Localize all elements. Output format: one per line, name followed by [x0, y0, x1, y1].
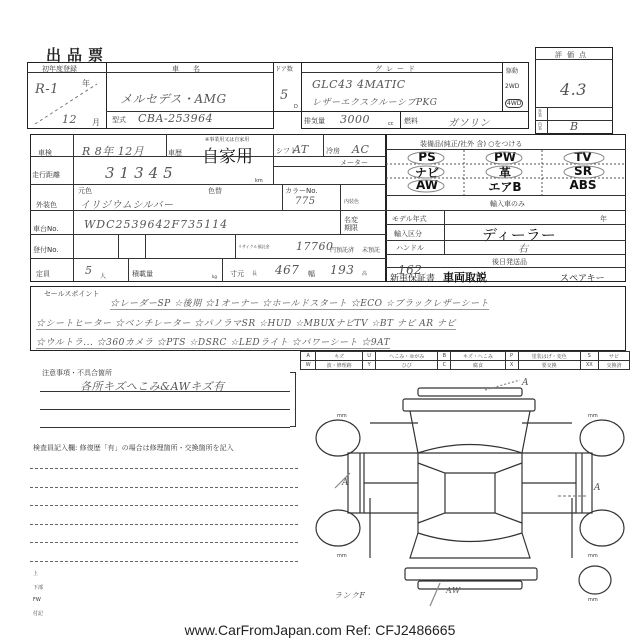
- ac-value: AC: [352, 143, 369, 156]
- exterior-color-label: 外装色: [36, 200, 57, 210]
- drive-2wd: 2WD: [505, 83, 519, 90]
- color-no-value: 775: [295, 196, 316, 207]
- tread-unit: mm: [337, 553, 347, 559]
- ac-label: 冷房: [326, 146, 340, 156]
- doors-label: ドア数: [275, 64, 293, 73]
- capacity-label: 定員: [36, 269, 50, 279]
- damage-mark: A: [342, 478, 349, 488]
- width-value: 193: [330, 263, 354, 277]
- exterior-grade-label: 外装: [537, 109, 543, 117]
- sales-point-line: ☆レーダーSP ☆後期 ☆1オーナー ☆ホールドスタート ☆ECO ☆ブラックレ…: [110, 296, 489, 310]
- doc-spare-key: スペアキー: [560, 271, 605, 284]
- chassis-value: WDC2539642F735114: [84, 218, 228, 231]
- drive-label: 駆動: [506, 66, 518, 75]
- fuel-label: 燃料: [404, 116, 418, 126]
- doc-warranty: 新車保証書: [390, 271, 435, 284]
- sales-point-line: ☆シートヒーター ☆ベンチレーター ☆パノラマSR ☆HUD ☆MBUXナビTV…: [36, 316, 456, 330]
- dimensions-label: 寸元: [230, 269, 244, 279]
- length-value: 467: [275, 263, 299, 277]
- exterior-color-value: イリジウムシルバー: [80, 196, 173, 211]
- handle-value: 右: [518, 240, 529, 255]
- plate-label: 登付No.: [33, 245, 59, 255]
- capacity-value: 5: [85, 264, 93, 277]
- displacement-value: 3000: [340, 113, 370, 126]
- tread-unit: mm: [588, 553, 598, 559]
- interior-grade-label: 内装: [537, 122, 543, 130]
- remarks-label: 注意事項・不具合箇所: [42, 368, 112, 378]
- shift-value: AT: [293, 143, 309, 156]
- doc-manual: 車両取説: [443, 269, 487, 285]
- sales-point-line: ☆ウルトラ... ☆360カメラ ☆PTS ☆DSRC ☆LEDライト ☆パワー…: [36, 335, 390, 349]
- chassis-label: 車台No.: [33, 224, 59, 234]
- interior-grade-value: B: [570, 120, 579, 133]
- defect-legend: Aキズ Uへこみ・ゆがみ Bキズ・へこみ P塗装はげ・変色 Sサビ W波・修理跡…: [300, 351, 630, 370]
- recycle-label: リサイクル預託金: [238, 244, 269, 250]
- grade-line1: GLC43 4MATIC: [312, 78, 406, 91]
- damage-mark: AW: [446, 586, 461, 595]
- tread-unit: mm: [588, 597, 598, 603]
- damage-mark: A: [522, 378, 529, 388]
- remarks-bracket: [290, 372, 296, 427]
- car-name-value: メルセデス・AMG: [120, 90, 227, 107]
- load-label: 積載量: [132, 269, 153, 279]
- recycle-value: 17760: [296, 240, 334, 253]
- fuel-value: ガソリン: [448, 114, 490, 129]
- model-code-label: 型式: [112, 115, 126, 125]
- color-no-label: カラーNo.: [285, 186, 318, 196]
- score-value: 4.3: [560, 80, 587, 99]
- equipment-label: 装備品(純正/社外 含) ○をつける: [420, 139, 522, 149]
- import-header: 輸入車のみ: [490, 199, 525, 209]
- footer-watermark: www.CarFromJapan.com Ref: CFJ2486665: [0, 622, 640, 638]
- inspector-label: 検査員記入欄: 修復歴「有」の場合は修理箇所・交換箇所を記入: [33, 443, 234, 453]
- doors-value: 5: [280, 88, 289, 103]
- mileage-value: 31345: [105, 164, 178, 182]
- usage-value: 自家用: [202, 142, 253, 167]
- displacement-label: 排気量: [304, 116, 325, 126]
- damage-mark: A: [594, 483, 601, 493]
- tread-unit: mm: [337, 413, 347, 419]
- diagram-footnote: ランクF: [334, 590, 365, 601]
- drive-4wd: 4WD: [505, 99, 523, 108]
- grade-line2: レザーエクスクルーシブPKG: [312, 95, 437, 108]
- tread-unit: mm: [588, 413, 598, 419]
- mileage-label: 走行距離: [32, 170, 60, 180]
- sales-points-label: セールスポイント: [44, 289, 99, 299]
- documents-header: 後日発送品: [492, 257, 527, 267]
- model-code-value: CBA-253964: [138, 112, 213, 125]
